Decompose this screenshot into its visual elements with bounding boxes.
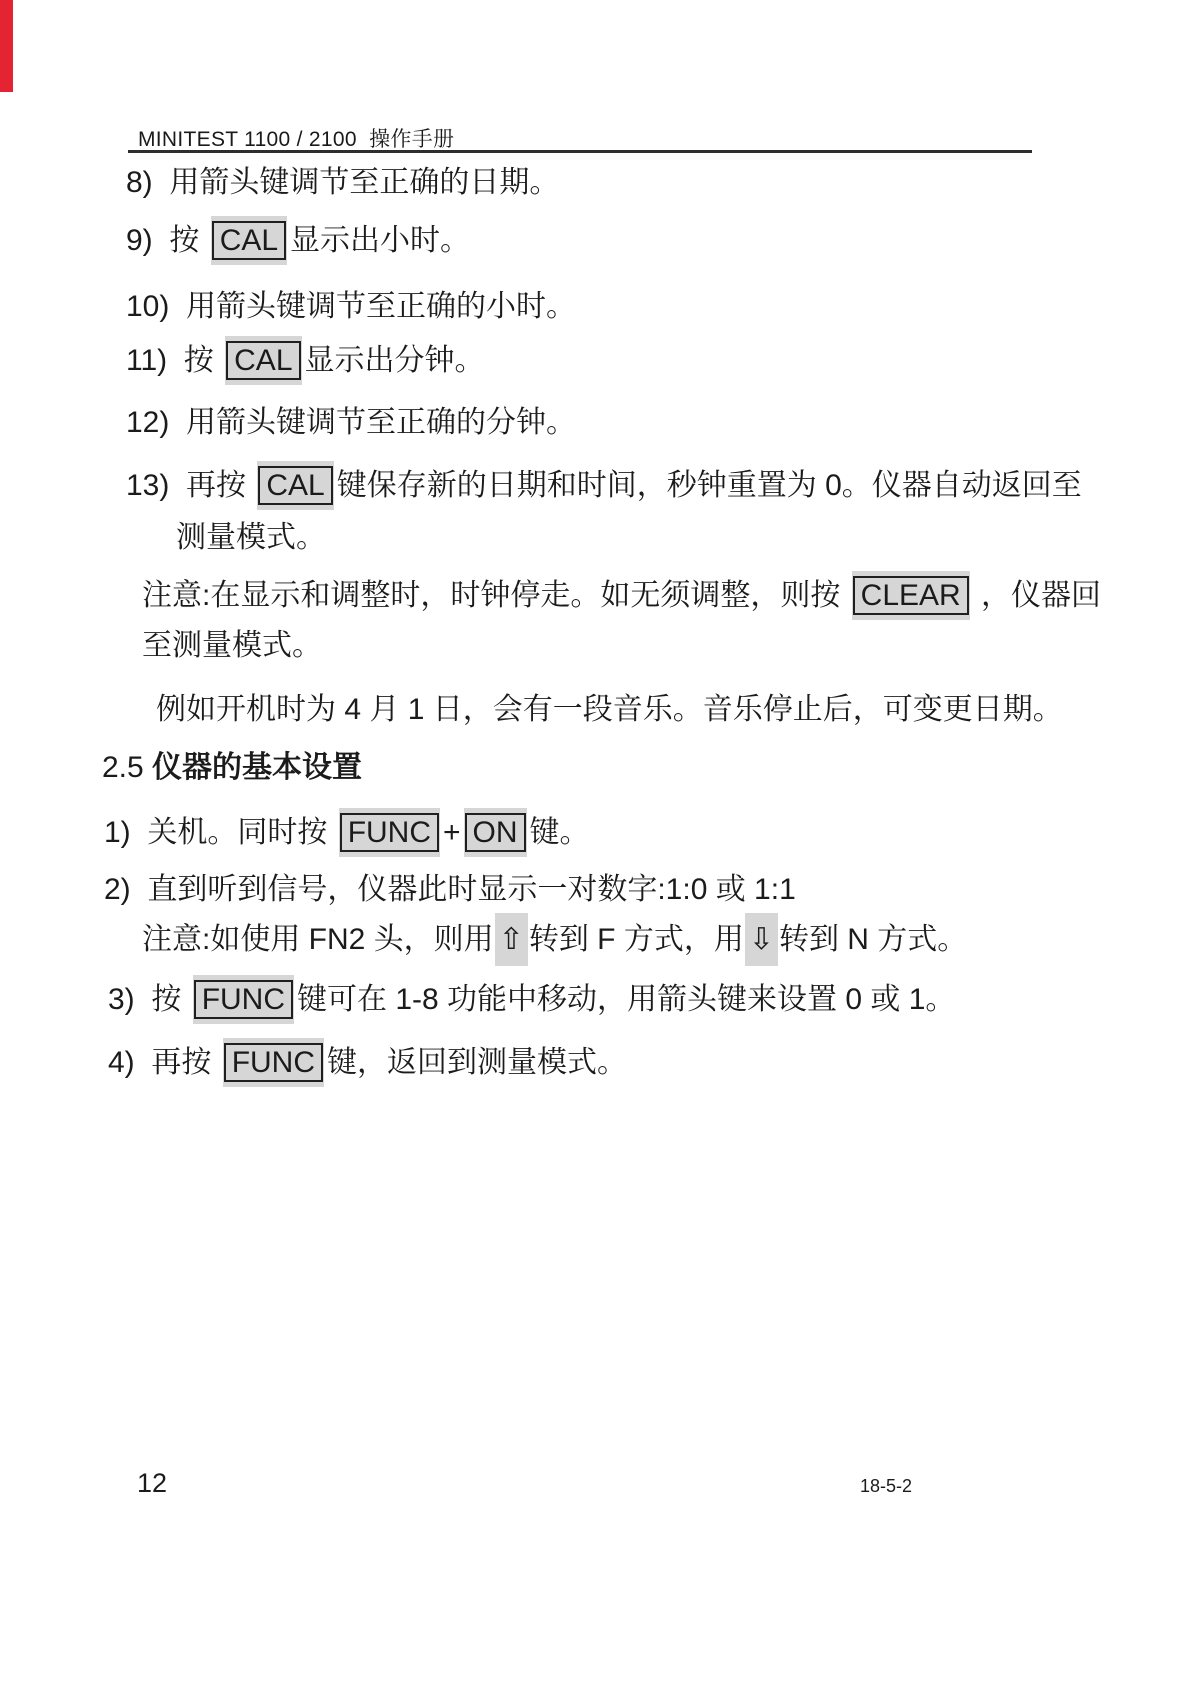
text-segment: 显示出分钟。 — [305, 344, 485, 377]
list-item-13-line-2: 测量模式。 — [176, 519, 326, 557]
example-line: 例如开机时为 4 月 1 日，会有一段音乐。音乐停止后，可变更日期。 — [156, 691, 1063, 729]
keycap-label: CAL — [212, 221, 286, 260]
section-heading-2-5: 2.5 仪器的基本设置 — [102, 749, 362, 787]
text-segment: 2) 直到听到信号，仪器此时显示一对数字:1:0 或 1:1 — [104, 873, 796, 906]
text-segment: 键可在 1-8 功能中移动，用箭头键来设置 0 或 1。 — [297, 983, 955, 1016]
keycap-func: FUNC — [223, 1038, 324, 1087]
keycap-label: ON — [465, 813, 526, 852]
text-segment: 注意:在显示和调整时，时钟停走。如无须调整，则按 — [142, 579, 849, 612]
text-segment: 8) 用箭头键调节至正确的日期。 — [126, 166, 559, 199]
list-item-12: 12) 用箭头键调节至正确的分钟。 — [126, 404, 576, 442]
keycap-label: CAL — [226, 341, 300, 380]
doc-code: 18-5-2 — [860, 1476, 912, 1497]
text-segment: 转到 F 方式，用 — [529, 923, 744, 956]
page-number: 12 — [137, 1468, 167, 1499]
keycap-cal: CAL — [225, 336, 301, 385]
text-segment: + — [443, 816, 461, 849]
keycap-clear: CLEAR — [852, 571, 970, 620]
text-segment: 11) 按 — [126, 344, 222, 377]
text-segment: 例如开机时为 4 月 1 日，会有一段音乐。音乐停止后，可变更日期。 — [156, 693, 1063, 726]
list-item-4: 4) 再按 FUNC键，返回到测量模式。 — [108, 1044, 627, 1082]
list-item-2-line-2: 注意:如使用 FN2 头，则用⇧转到 F 方式，用⇩转到 N 方式。 — [142, 921, 967, 959]
text-segment: 1) 关机。同时按 — [104, 816, 336, 849]
keycap-cal: CAL — [211, 216, 287, 265]
keycap-label: FUNC — [340, 813, 439, 852]
note-paragraph-line-1: 注意:在显示和调整时，时钟停走。如无须调整，则按 CLEAR ，仪器回 — [142, 577, 1101, 615]
header-rule — [128, 150, 1032, 153]
text-segment: 12) 用箭头键调节至正确的分钟。 — [126, 406, 576, 439]
red-corner-mark — [0, 0, 13, 92]
text-segment: 至测量模式。 — [142, 629, 322, 662]
list-item-13-line-1: 13) 再按 CAL键保存新的日期和时间，秒钟重置为 0。仪器自动返回至 — [126, 467, 1082, 505]
text-segment: ，仪器回 — [973, 579, 1101, 612]
list-item-2-line-1: 2) 直到听到信号，仪器此时显示一对数字:1:0 或 1:1 — [104, 871, 796, 909]
text-segment: 13) 再按 — [126, 469, 254, 502]
keycap-on: ON — [464, 808, 527, 857]
keycap-func: FUNC — [193, 975, 294, 1024]
list-item-11: 11) 按 CAL显示出分钟。 — [126, 342, 485, 380]
keycap-label: FUNC — [224, 1043, 323, 1082]
text-segment: 键，返回到测量模式。 — [327, 1046, 627, 1079]
keycap-cal: CAL — [257, 461, 333, 510]
list-item-10: 10) 用箭头键调节至正确的小时。 — [126, 288, 576, 326]
down-arrow-key-icon: ⇩ — [745, 913, 778, 966]
text-segment: 转到 N 方式。 — [779, 923, 967, 956]
text-segment: 2.5 — [102, 751, 152, 784]
text-segment: 注意:如使用 FN2 头，则用 — [142, 923, 494, 956]
keycap-label: FUNC — [194, 980, 293, 1019]
header-title: MINITEST 1100 / 2100 操作手册 — [138, 123, 454, 153]
manual-page: MINITEST 1100 / 2100 操作手册 8) 用箭头键调节至正确的日… — [0, 0, 1199, 1697]
keycap-func: FUNC — [339, 808, 440, 857]
text-segment: 仪器的基本设置 — [152, 751, 362, 784]
list-item-9: 9) 按 CAL显示出小时。 — [126, 222, 470, 260]
text-segment: 键。 — [530, 816, 590, 849]
keycap-label: CLEAR — [853, 576, 969, 615]
text-segment: 3) 按 — [108, 983, 190, 1016]
text-segment: 键保存新的日期和时间，秒钟重置为 0。仪器自动返回至 — [337, 469, 1082, 502]
note-paragraph-line-2: 至测量模式。 — [142, 627, 322, 665]
text-segment: 9) 按 — [126, 224, 208, 257]
text-segment: 4) 再按 — [108, 1046, 220, 1079]
list-item-8: 8) 用箭头键调节至正确的日期。 — [126, 164, 559, 202]
up-arrow-key-icon: ⇧ — [495, 913, 528, 966]
list-item-3: 3) 按 FUNC键可在 1-8 功能中移动，用箭头键来设置 0 或 1。 — [108, 981, 955, 1019]
text-segment: 10) 用箭头键调节至正确的小时。 — [126, 290, 576, 323]
keycap-label: CAL — [258, 466, 332, 505]
text-segment: 显示出小时。 — [290, 224, 470, 257]
text-segment: 测量模式。 — [176, 521, 326, 554]
list-item-1: 1) 关机。同时按 FUNC+ON键。 — [104, 814, 590, 852]
